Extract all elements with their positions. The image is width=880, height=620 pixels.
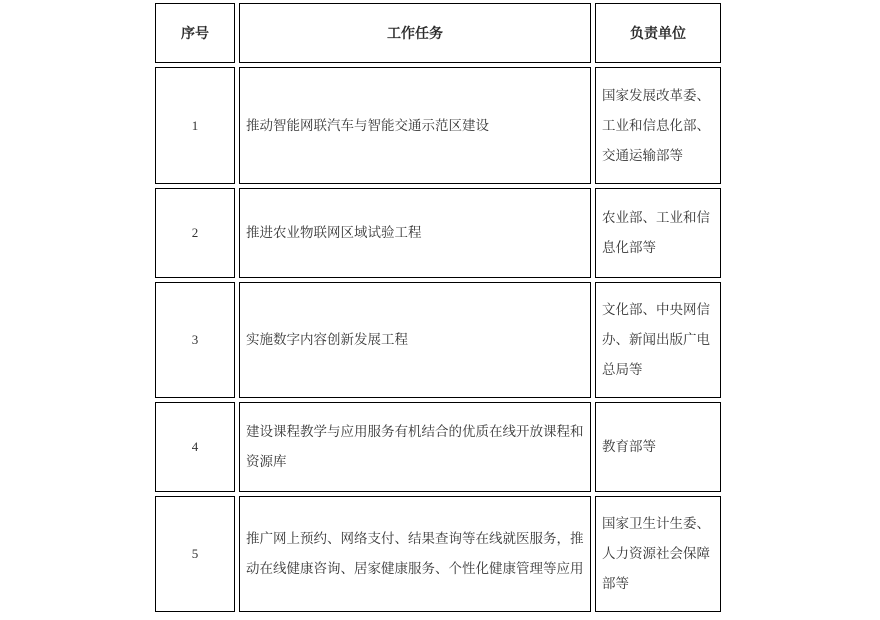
table-row: 5 推广网上预约、网络支付、结果查询等在线就医服务，推动在线健康咨询、居家健康服… xyxy=(155,496,721,612)
row-number-cell: 4 xyxy=(155,402,235,492)
row-number-cell: 2 xyxy=(155,188,235,278)
table-header-row: 序号 工作任务 负责单位 xyxy=(155,3,721,63)
task-cell: 推动智能网联汽车与智能交通示范区建设 xyxy=(239,67,591,184)
column-header-unit: 负责单位 xyxy=(595,3,721,63)
row-number-cell: 5 xyxy=(155,496,235,612)
table-row: 1 推动智能网联汽车与智能交通示范区建设 国家发展改革委、工业和信息化部、交通运… xyxy=(155,67,721,184)
row-number-cell: 1 xyxy=(155,67,235,184)
column-header-number: 序号 xyxy=(155,3,235,63)
unit-cell: 国家卫生计生委、人力资源社会保障部等 xyxy=(595,496,721,612)
task-cell: 实施数字内容创新发展工程 xyxy=(239,282,591,398)
document-page: 序号 工作任务 负责单位 1 推动智能网联汽车与智能交通示范区建设 国家发展改革… xyxy=(0,0,880,620)
unit-cell: 农业部、工业和信息化部等 xyxy=(595,188,721,278)
task-assignment-table: 序号 工作任务 负责单位 1 推动智能网联汽车与智能交通示范区建设 国家发展改革… xyxy=(151,0,725,616)
table-row: 3 实施数字内容创新发展工程 文化部、中央网信办、新闻出版广电总局等 xyxy=(155,282,721,398)
task-cell: 建设课程教学与应用服务有机结合的优质在线开放课程和资源库 xyxy=(239,402,591,492)
unit-cell: 文化部、中央网信办、新闻出版广电总局等 xyxy=(595,282,721,398)
column-header-task: 工作任务 xyxy=(239,3,591,63)
task-cell: 推广网上预约、网络支付、结果查询等在线就医服务，推动在线健康咨询、居家健康服务、… xyxy=(239,496,591,612)
row-number-cell: 3 xyxy=(155,282,235,398)
unit-cell: 教育部等 xyxy=(595,402,721,492)
table-row: 2 推进农业物联网区域试验工程 农业部、工业和信息化部等 xyxy=(155,188,721,278)
unit-cell: 国家发展改革委、工业和信息化部、交通运输部等 xyxy=(595,67,721,184)
table-row: 4 建设课程教学与应用服务有机结合的优质在线开放课程和资源库 教育部等 xyxy=(155,402,721,492)
task-cell: 推进农业物联网区域试验工程 xyxy=(239,188,591,278)
